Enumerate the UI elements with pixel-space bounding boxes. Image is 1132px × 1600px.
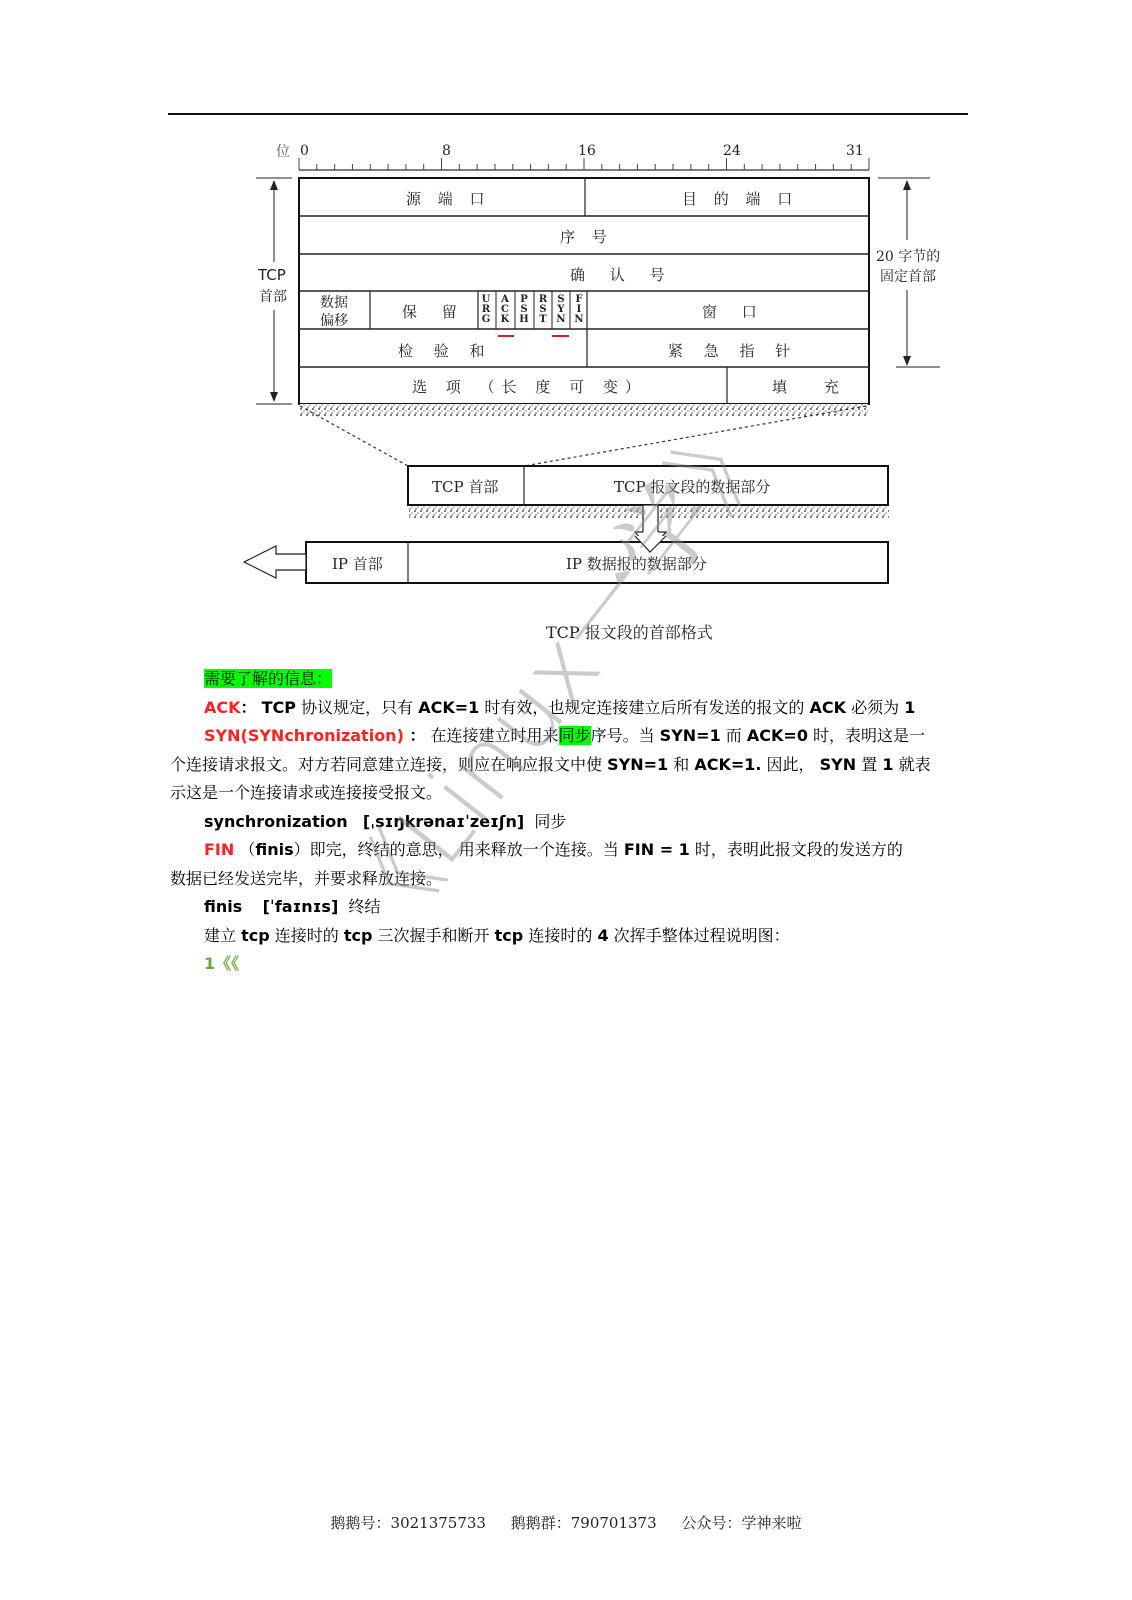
field-window: 窗 口 <box>702 301 767 322</box>
sync-highlight: 同步 <box>559 726 591 745</box>
bit-label: 位 <box>276 141 290 161</box>
flag-ack: ACK <box>499 295 511 325</box>
bit-tick-31: 31 <box>846 143 864 159</box>
field-data-offset-1: 数据 <box>320 292 348 312</box>
footer-group: 鹅鹅群：790701373 <box>511 1514 657 1532</box>
bit-tick-0: 0 <box>300 143 309 159</box>
fixed-header-label-2: 固定首部 <box>880 266 936 286</box>
tcp-header-diagram: 位 0 8 16 24 31 TCP 首部 20 字节的 固定首部 源 端 口 … <box>0 0 1132 660</box>
syn-term: SYN(SYNchronization) <box>204 726 404 745</box>
field-reserved: 保 留 <box>402 301 467 322</box>
field-seq: 序 号 <box>560 226 613 247</box>
syn-paragraph-line2: 个连接请求报文。对方若同意建立连接，则应在响应报文中使 SYN=1 和 ACK=… <box>170 751 960 780</box>
ack-paragraph: ACK： TCP 协议规定，只有 ACK=1 时有效，也规定连接建立后所有发送的… <box>170 694 960 723</box>
flag-syn: SYN <box>555 295 567 325</box>
field-dst-port: 目 的 端 口 <box>682 188 798 209</box>
fin-term: FIN <box>204 840 234 859</box>
bit-tick-24: 24 <box>723 143 741 159</box>
synchronization-definition: synchronization [ˌsɪŋkrənaɪˈzeɪʃn] 同步 <box>170 808 960 837</box>
fixed-header-label-1: 20 字节的 <box>876 246 940 266</box>
page-footer: 鹅鹅号：3021375733 鹅鹅群：790701373 公众号：学神来啦 <box>0 1512 1132 1533</box>
fin-paragraph-line2: 数据已经发送完毕，并要求释放连接。 <box>170 865 960 894</box>
section-heading: 需要了解的信息： <box>170 665 960 694</box>
flag-fin: FIN <box>573 295 585 325</box>
tcp-header-label-2: 首部 <box>259 286 287 306</box>
bit-tick-16: 16 <box>578 143 596 159</box>
list-marker: 1《《 <box>170 950 960 979</box>
finis-definition: finis [ˈfaɪnɪs] 终结 <box>170 893 960 922</box>
field-data-offset-2: 偏移 <box>320 310 348 330</box>
flag-psh: PSH <box>518 295 530 325</box>
ack-term: ACK <box>204 698 241 717</box>
field-ack-num: 确 认 号 <box>570 264 675 285</box>
fin-paragraph: FIN （finis）即完，终结的意思， 用来释放一个连接。当 FIN = 1 … <box>170 836 960 865</box>
ip-header: IP 首部 <box>332 553 383 574</box>
segment-tcp-header: TCP 首部 <box>432 476 498 497</box>
ip-data: IP 数据报的数据部分 <box>566 553 707 574</box>
bit-tick-8: 8 <box>442 143 451 159</box>
flag-urg: URG <box>480 295 492 325</box>
footer-qq: 鹅鹅号：3021375733 <box>331 1514 486 1532</box>
field-padding: 填 充 <box>772 376 855 397</box>
field-options: 选 项 （长 度 可 变） <box>412 376 647 397</box>
segment-tcp-data: TCP 报文段的数据部分 <box>614 476 770 497</box>
tcp-header-label-1: TCP <box>258 266 286 284</box>
field-src-port: 源 端 口 <box>406 188 491 209</box>
footer-wechat: 公众号：学神来啦 <box>681 1514 801 1532</box>
field-urgent-pointer: 紧 急 指 针 <box>668 340 798 361</box>
field-checksum: 检 验 和 <box>398 340 493 361</box>
flag-rst: RST <box>537 295 549 325</box>
syn-paragraph-line3: 示这是一个连接请求或连接接受报文。 <box>170 779 960 808</box>
figure-caption: TCP 报文段的首部格式 <box>546 620 713 643</box>
document-body: 需要了解的信息： ACK： TCP 协议规定，只有 ACK=1 时有效，也规定连… <box>170 665 960 979</box>
syn-paragraph: SYN(SYNchronization) ： 在连接建立时用来同步序号。当 SY… <box>170 722 960 751</box>
overview-paragraph: 建立 tcp 连接时的 tcp 三次握手和断开 tcp 连接时的 4 次挥手整体… <box>170 922 960 951</box>
